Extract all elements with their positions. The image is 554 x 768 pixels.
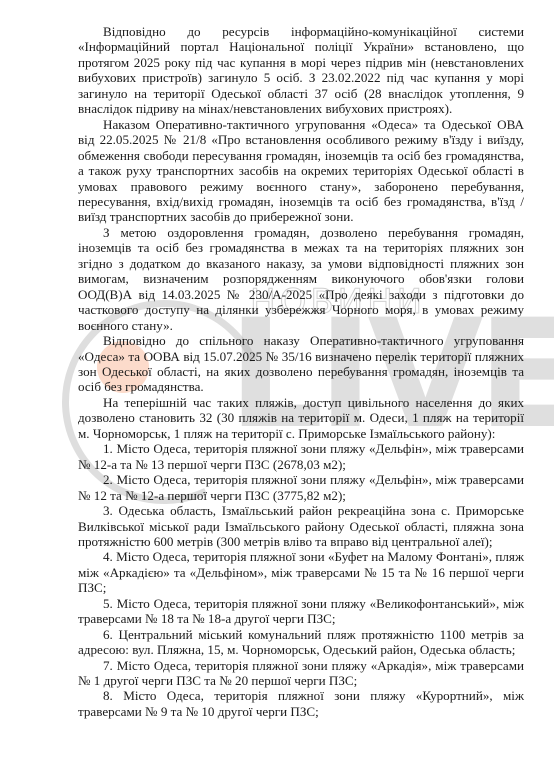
paragraph-joint-order: Відповідно до спільного наказу Оперативн… [78, 333, 524, 395]
paragraph-intro: Відповідно до ресурсів інформаційно-кому… [78, 24, 524, 117]
document-page: Відповідно до ресурсів інформаційно-кому… [78, 24, 524, 719]
list-item: 6. Центральний міський комунальний пляж … [78, 627, 524, 658]
list-item: 1. Місто Одеса, територія пляжної зони п… [78, 441, 524, 472]
list-item: 3. Одеська область, Ізмаїльський район р… [78, 503, 524, 549]
list-item: 4. Місто Одеса, територія пляжної зони «… [78, 549, 524, 595]
list-item: 2. Місто Одеса, територія пляжної зони п… [78, 472, 524, 503]
list-item: 7. Місто Одеса, територія пляжної зони п… [78, 658, 524, 689]
list-item: 8. Місто Одеса, територія пляжної зони п… [78, 688, 524, 719]
paragraph-beach-count: На теперішній час таких пляжів, доступ ц… [78, 395, 524, 441]
paragraph-order: Наказом Оперативно-тактичного угрупованн… [78, 117, 524, 225]
paragraph-health: З метою оздоровлення громадян, дозволено… [78, 225, 524, 333]
list-item: 5. Місто Одеса, територія пляжної зони п… [78, 596, 524, 627]
